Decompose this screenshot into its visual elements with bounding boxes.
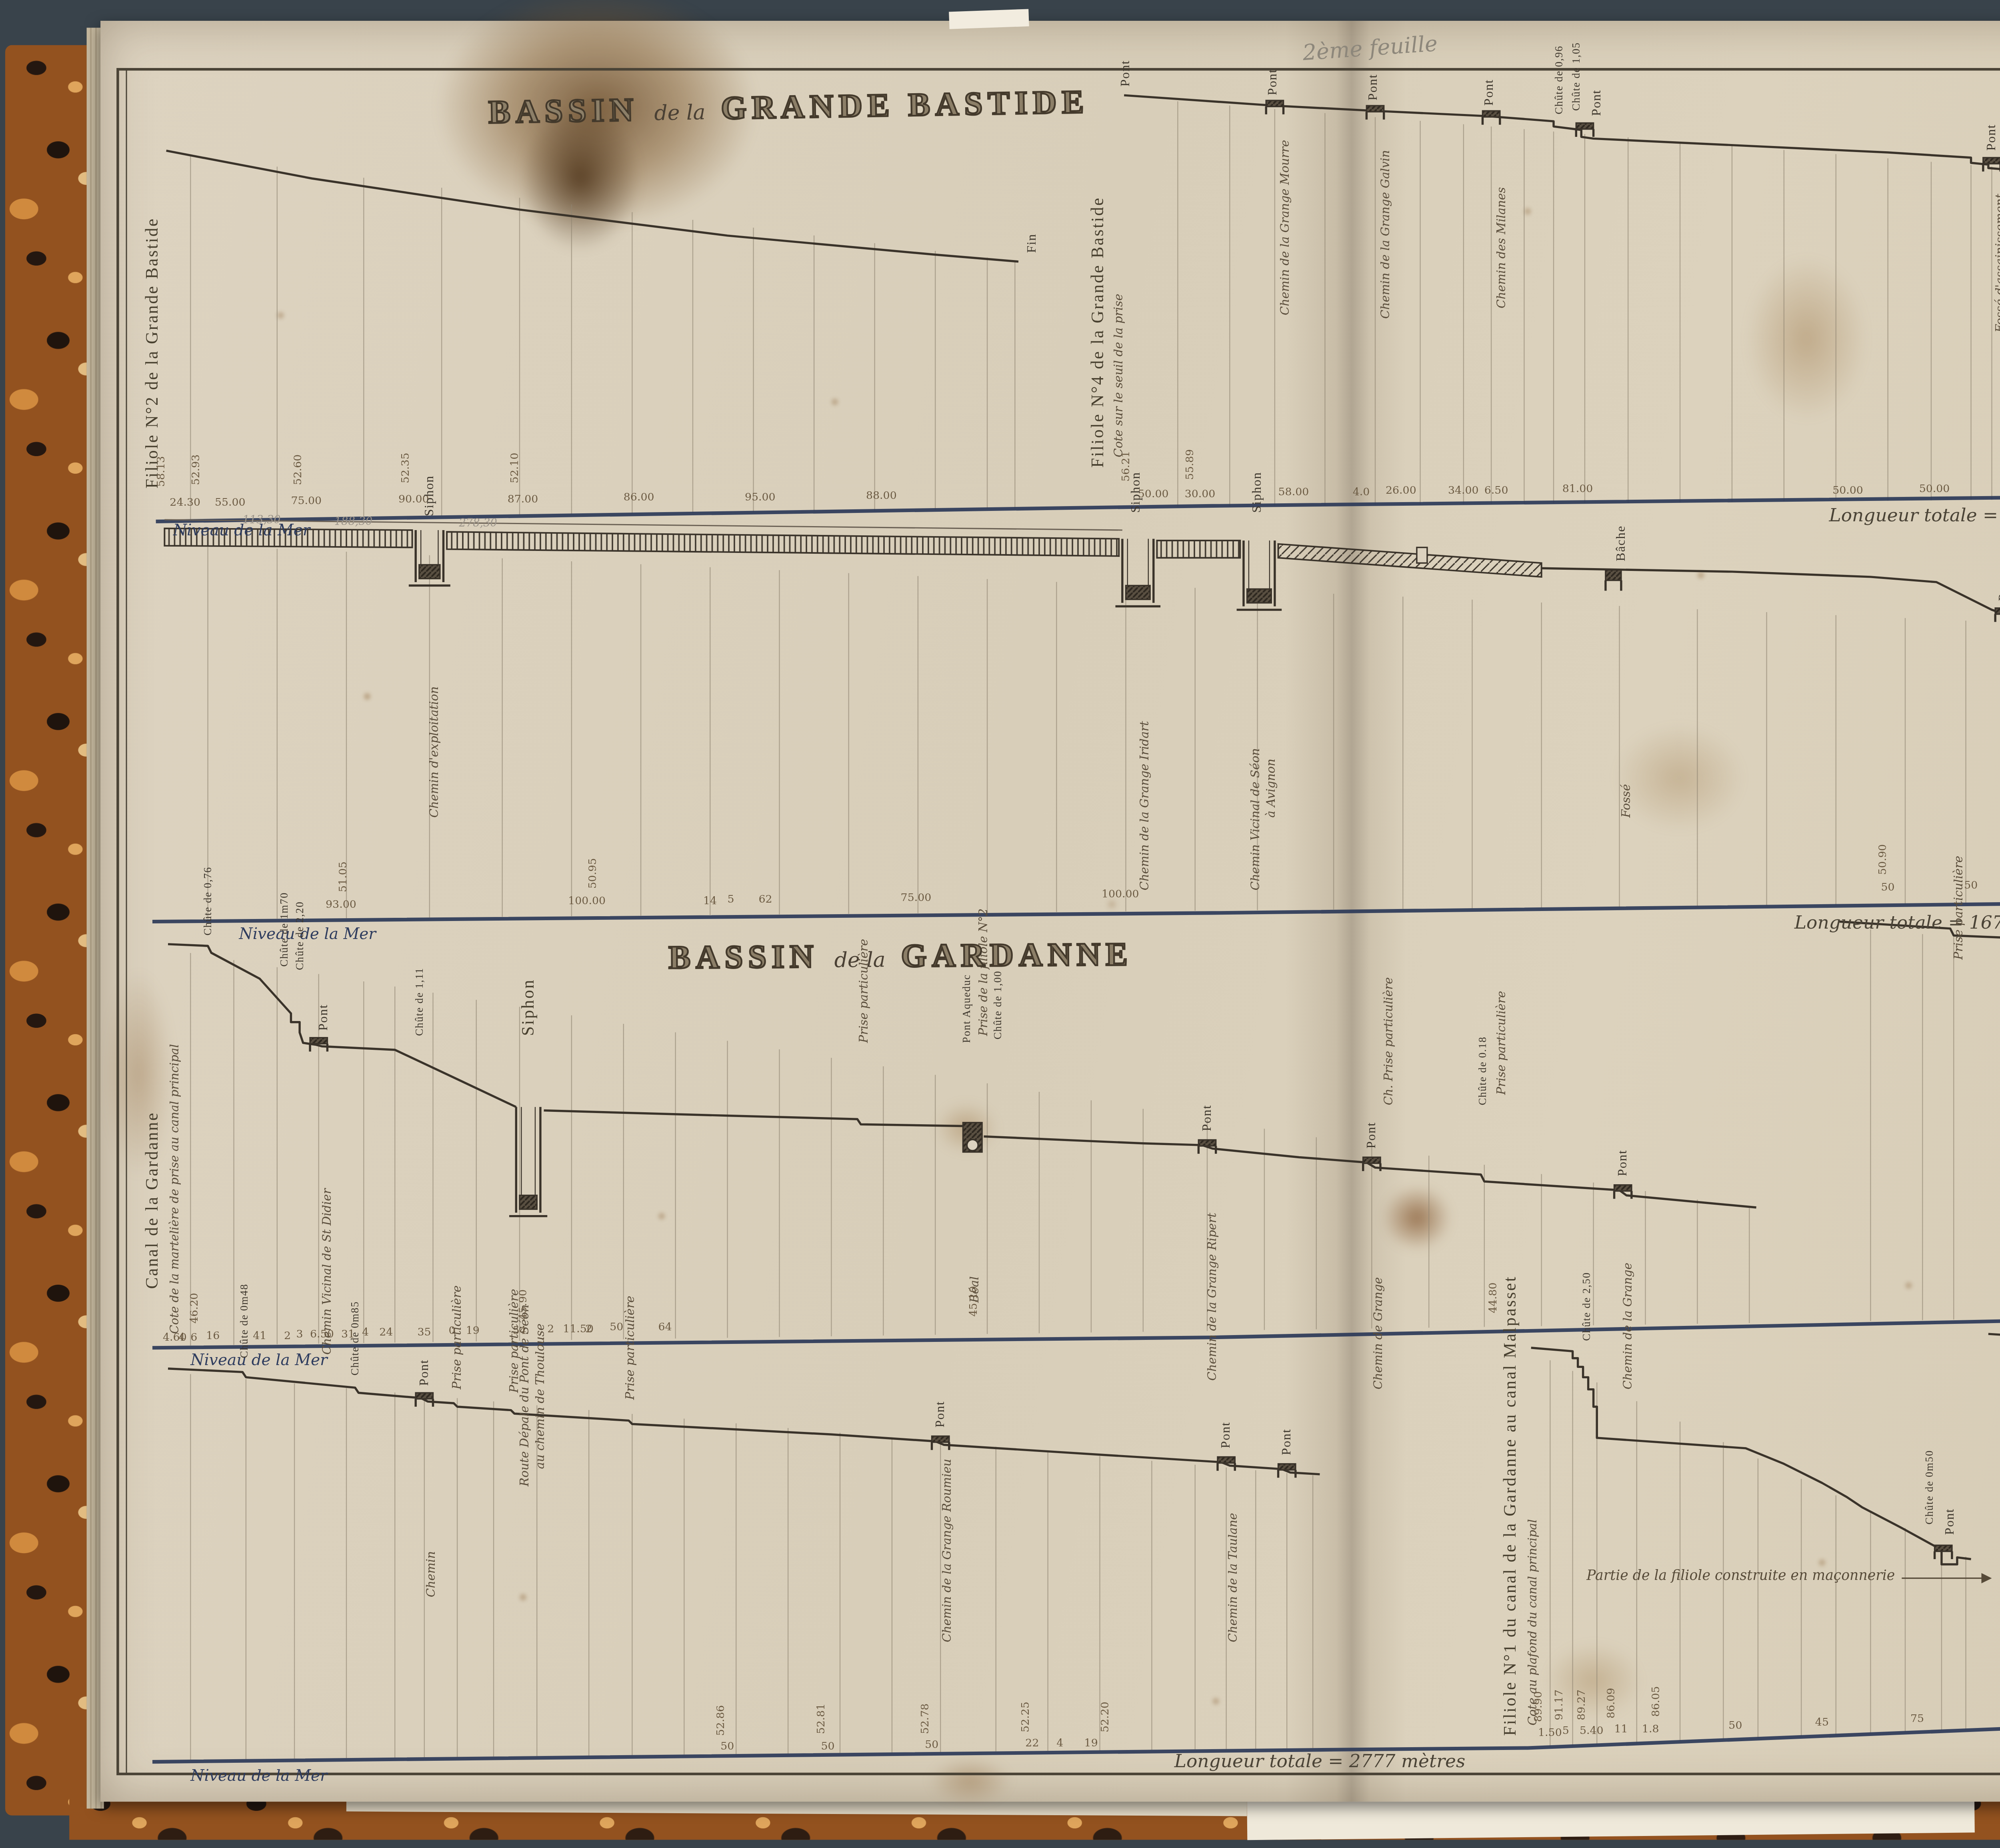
pencil-chainage: 278,30 — [459, 520, 497, 531]
sea-level-label: Niveau de la Mer — [239, 929, 376, 944]
elevation-value: 52.93 — [192, 454, 203, 485]
distance-value: 86.00 — [624, 494, 654, 505]
total-length-bastide: Longueur totale = 647.50 — [1829, 508, 2000, 526]
siphon-label: Siphon — [1129, 472, 1142, 513]
distance-value: 75 — [1910, 1715, 1924, 1726]
pont-label: Pont — [1200, 1105, 1213, 1131]
prise-label: Prise particulière — [1954, 856, 1965, 960]
chute-label: Chûte de 1,05 — [1573, 42, 1584, 111]
distance-value: 62 — [759, 896, 772, 907]
chute-label: Chûte de 2,50 — [1583, 1272, 1594, 1341]
total-length-canal: Longueur totale = 1671m — [1794, 915, 2000, 933]
distance-value: 4 — [178, 1334, 185, 1345]
elevation-value: 86.05 — [1652, 1686, 1663, 1717]
road-label: Chemin — [426, 1551, 438, 1597]
distance-value: 50 — [610, 1323, 623, 1334]
chute-label: Chûte de 0m48 — [241, 1283, 252, 1358]
elevation-value: 91.17 — [1555, 1690, 1566, 1720]
chute-label: Chûte de 1,11 — [416, 967, 426, 1036]
distance-value: 30.00 — [1185, 490, 1216, 501]
sea-level-label: Niveau de la Mer — [190, 1770, 327, 1786]
elevation-value: 51.05 — [340, 861, 350, 892]
distance-value: 3 — [296, 1330, 303, 1341]
elevation-value: 46.20 — [190, 1293, 201, 1323]
road-label: Chemin de la Grange — [1623, 1263, 1634, 1390]
elevation-value: 45.10 — [970, 1286, 981, 1317]
filiole4-title: Filiole N°4 de la Grande Bastide — [1091, 196, 1108, 468]
distance-value: 14 — [703, 897, 717, 908]
pont-label: Pont — [1997, 575, 2000, 601]
road-label: à Avignon — [1266, 759, 1278, 817]
distance-value: 87.00 — [508, 495, 538, 506]
pencil-chainage: 188,30 — [334, 518, 372, 529]
distance-value: 93.00 — [326, 901, 356, 912]
elevation-value: 52.20 — [1102, 1702, 1112, 1732]
road-label: Fossé d'assainissement — [1995, 194, 2000, 332]
siphon-label: Siphon — [423, 475, 436, 516]
distance-value: 16 — [206, 1332, 220, 1343]
title-word: BASSIN — [668, 939, 819, 979]
filiole4-subtitle: Cote sur le seuil de la prise — [1114, 294, 1125, 457]
canal-gardanne-title: Canal de la Gardanne — [146, 1111, 163, 1289]
title-word: GARDANNE — [901, 937, 1133, 977]
pont-label: Pont — [418, 1359, 430, 1386]
distance-value: 45 — [1815, 1718, 1829, 1729]
distance-value: 95.00 — [745, 494, 776, 505]
pont-label: Pont — [934, 1401, 946, 1428]
elevation-value: 89.90 — [1534, 1691, 1545, 1722]
distance-value: 34.00 — [1448, 487, 1479, 498]
pencil-chainage: 113,30 — [242, 516, 280, 527]
chute-label: Chûte de 1,00 — [994, 971, 1005, 1039]
road-label: Chemin de la Taulane — [1228, 1513, 1240, 1642]
distance-value: 58.00 — [1278, 489, 1309, 499]
distance-value: 64 — [658, 1323, 672, 1334]
road-label: Chemin des Milanes — [1496, 187, 1508, 308]
distance-value: 5 — [1562, 1727, 1569, 1738]
pont-label: Pont — [1366, 74, 1379, 101]
pont-label: Pont — [1219, 1422, 1232, 1448]
chute-label: Chûte de 0.18 — [1479, 1036, 1490, 1105]
elevation-value: 86.09 — [1607, 1688, 1618, 1719]
road-label: Chemin de la Grange Mourre — [1280, 140, 1292, 316]
distance-value: 4.0 — [1353, 489, 1370, 499]
chute-label: Chûte de 0,76 — [204, 867, 215, 935]
distance-value: 6.50 — [1484, 487, 1508, 498]
pont-label: Pont — [1119, 60, 1132, 87]
distance-value: 41 — [253, 1332, 266, 1343]
elevation-value: 89.27 — [1578, 1690, 1589, 1720]
page-scaler: Filiole N°2 de la Grande BastideFinNivea… — [0, 0, 2000, 1847]
bache-label: Bâche — [1614, 525, 1627, 561]
distance-value: 75.00 — [901, 894, 932, 905]
pont-label: Pont — [1266, 69, 1279, 96]
distance-value: 50 — [1881, 883, 1894, 894]
distance-value: 75.00 — [291, 497, 322, 508]
elevation-value: 44.80 — [1490, 1282, 1500, 1313]
chute-label: Chûte de 1m70 — [280, 892, 291, 967]
distance-value: 81.00 — [1562, 485, 1593, 496]
sea-level-label: Niveau de la Mer — [173, 525, 310, 541]
title-word: GRANDE BASTIDE — [721, 85, 1090, 129]
road-label: Chemin de la Grange Ripert — [1207, 1213, 1219, 1381]
siphon-label: Siphon — [1250, 472, 1263, 513]
elevation-value: 50.95 — [589, 858, 600, 889]
elevation-value: 52.10 — [511, 452, 522, 483]
pont-label: Pont — [1985, 124, 1998, 151]
chute-label: Chûte de 2,20 — [296, 901, 307, 970]
distance-value: 2 — [586, 1325, 592, 1336]
distance-value: 19 — [1084, 1739, 1098, 1750]
annotation-labels: Filiole N°2 de la Grande BastideFinNivea… — [0, 0, 2000, 1847]
distance-value: 5 — [728, 896, 734, 907]
total-length-gardanne: Longueur totale = 2777 mètres — [1174, 1753, 1466, 1771]
elevation-value: 52.78 — [922, 1704, 932, 1734]
elevation-value: 52.35 — [402, 452, 413, 483]
distance-value: 1.8 — [1642, 1726, 1659, 1736]
road-label: Chemin de la Grange Iridart — [1140, 721, 1151, 891]
pont-aqueduc-label: Pont Aqueduc — [963, 974, 974, 1043]
elevation-value: 52.25 — [1022, 1702, 1033, 1732]
distance-value: 50 — [720, 1743, 734, 1754]
elevation-value: 52.81 — [818, 1704, 828, 1734]
pont-label: Pont — [1616, 1150, 1629, 1177]
distance-value: 35 — [418, 1329, 431, 1339]
distance-value: 1.50 — [1538, 1729, 1562, 1740]
siphon-label: Siphon — [521, 979, 538, 1036]
pont-label: Pont — [317, 1004, 330, 1031]
distance-value: 100.00 — [1102, 891, 1139, 901]
distance-value: 88.00 — [866, 492, 897, 503]
distance-value: 50 — [925, 1741, 938, 1752]
distance-value: 6.50 — [310, 1330, 334, 1341]
distance-value: 5.40 — [1580, 1727, 1604, 1738]
elevation-value: 55.89 — [1186, 449, 1197, 480]
prise-label: Prise particulière — [452, 1285, 464, 1390]
prise-label: Prise particulière — [625, 1296, 637, 1400]
distance-value: 11 — [1614, 1726, 1628, 1736]
distance-value: 55.00 — [215, 499, 246, 510]
scan-background: Filiole N°2 de la Grande BastideFinNivea… — [0, 0, 2000, 1847]
distance-value: 22 — [1025, 1739, 1039, 1750]
distance-value: 50 — [821, 1743, 834, 1754]
chute-label: Chûte de 0m85 — [352, 1301, 362, 1375]
title-word: de la — [654, 100, 706, 125]
elevation-value: 52.86 — [717, 1705, 728, 1736]
distance-value: 24.30 — [170, 499, 200, 510]
title-word: BASSIN — [488, 93, 639, 134]
distance-value: 24 — [379, 1329, 393, 1339]
filiole1-title: Filiole N°1 du canal de la Gardanne au c… — [1503, 1275, 1520, 1736]
prise-label: Prise particulière — [509, 1289, 521, 1393]
elevation-value: 58.13 — [158, 456, 168, 487]
title-gardanne: BASSIN de la GARDANNE — [668, 937, 1133, 979]
distance-value: 50 — [1964, 882, 1978, 893]
elevation-value: 52.60 — [294, 454, 305, 485]
distance-value: 50 — [1728, 1722, 1742, 1733]
pont-label: Pont — [1280, 1429, 1293, 1456]
chute-label: Chûte de 0m50 — [1926, 1450, 1937, 1524]
road-label: au chemin de Thoulouse — [535, 1323, 547, 1469]
distance-value: 2 — [284, 1332, 291, 1343]
road-label: Chemin de la Grange Galvin — [1380, 150, 1392, 319]
distance-value: 4 — [362, 1329, 369, 1339]
canal-gardanne-subtitle: Cote de la martelière de prise au canal … — [170, 1044, 181, 1334]
distance-value: 4 — [1056, 1739, 1063, 1750]
filiole2-title: Filiole N°2 de la Grande Bastide — [146, 217, 163, 489]
sea-level-label: Niveau de la Mer — [190, 1355, 327, 1370]
title-word: de la — [834, 948, 886, 973]
road-label: Chemin d'exploitation — [430, 687, 441, 818]
masonry-note: Partie de la filiole construite en maçon… — [1586, 1570, 1895, 1584]
road-label: Chemin de la Grange Roumieu — [942, 1459, 954, 1642]
road-label: Chemin de Grange — [1374, 1277, 1385, 1390]
distance-value: 2 — [547, 1325, 554, 1336]
road-label: Fossé — [1621, 784, 1633, 818]
elevation-value: 50.90 — [1879, 844, 1890, 875]
pont-label: Pont — [1590, 90, 1603, 116]
distance-value: 19 — [466, 1327, 480, 1338]
pont-label: Pont — [1365, 1122, 1378, 1149]
chute-label: Chûte de 0,96 — [1555, 46, 1566, 114]
prise-label: Ch. Prise particulière — [1384, 977, 1396, 1105]
distance-value: 26.00 — [1386, 487, 1416, 498]
prise-label: Prise particulière — [1496, 991, 1508, 1095]
distance-value: 6 — [190, 1334, 197, 1345]
pont-label: Pont — [1943, 1508, 1956, 1535]
pont-label: Pont — [1482, 79, 1495, 106]
road-label: Chemin Vicinal de Séon — [1250, 748, 1262, 891]
distance-value: 50.00 — [1919, 485, 1950, 496]
distance-value: 100.00 — [568, 897, 606, 908]
fin-label: Fin — [1025, 234, 1038, 253]
distance-value: 50.00 — [1832, 487, 1863, 498]
